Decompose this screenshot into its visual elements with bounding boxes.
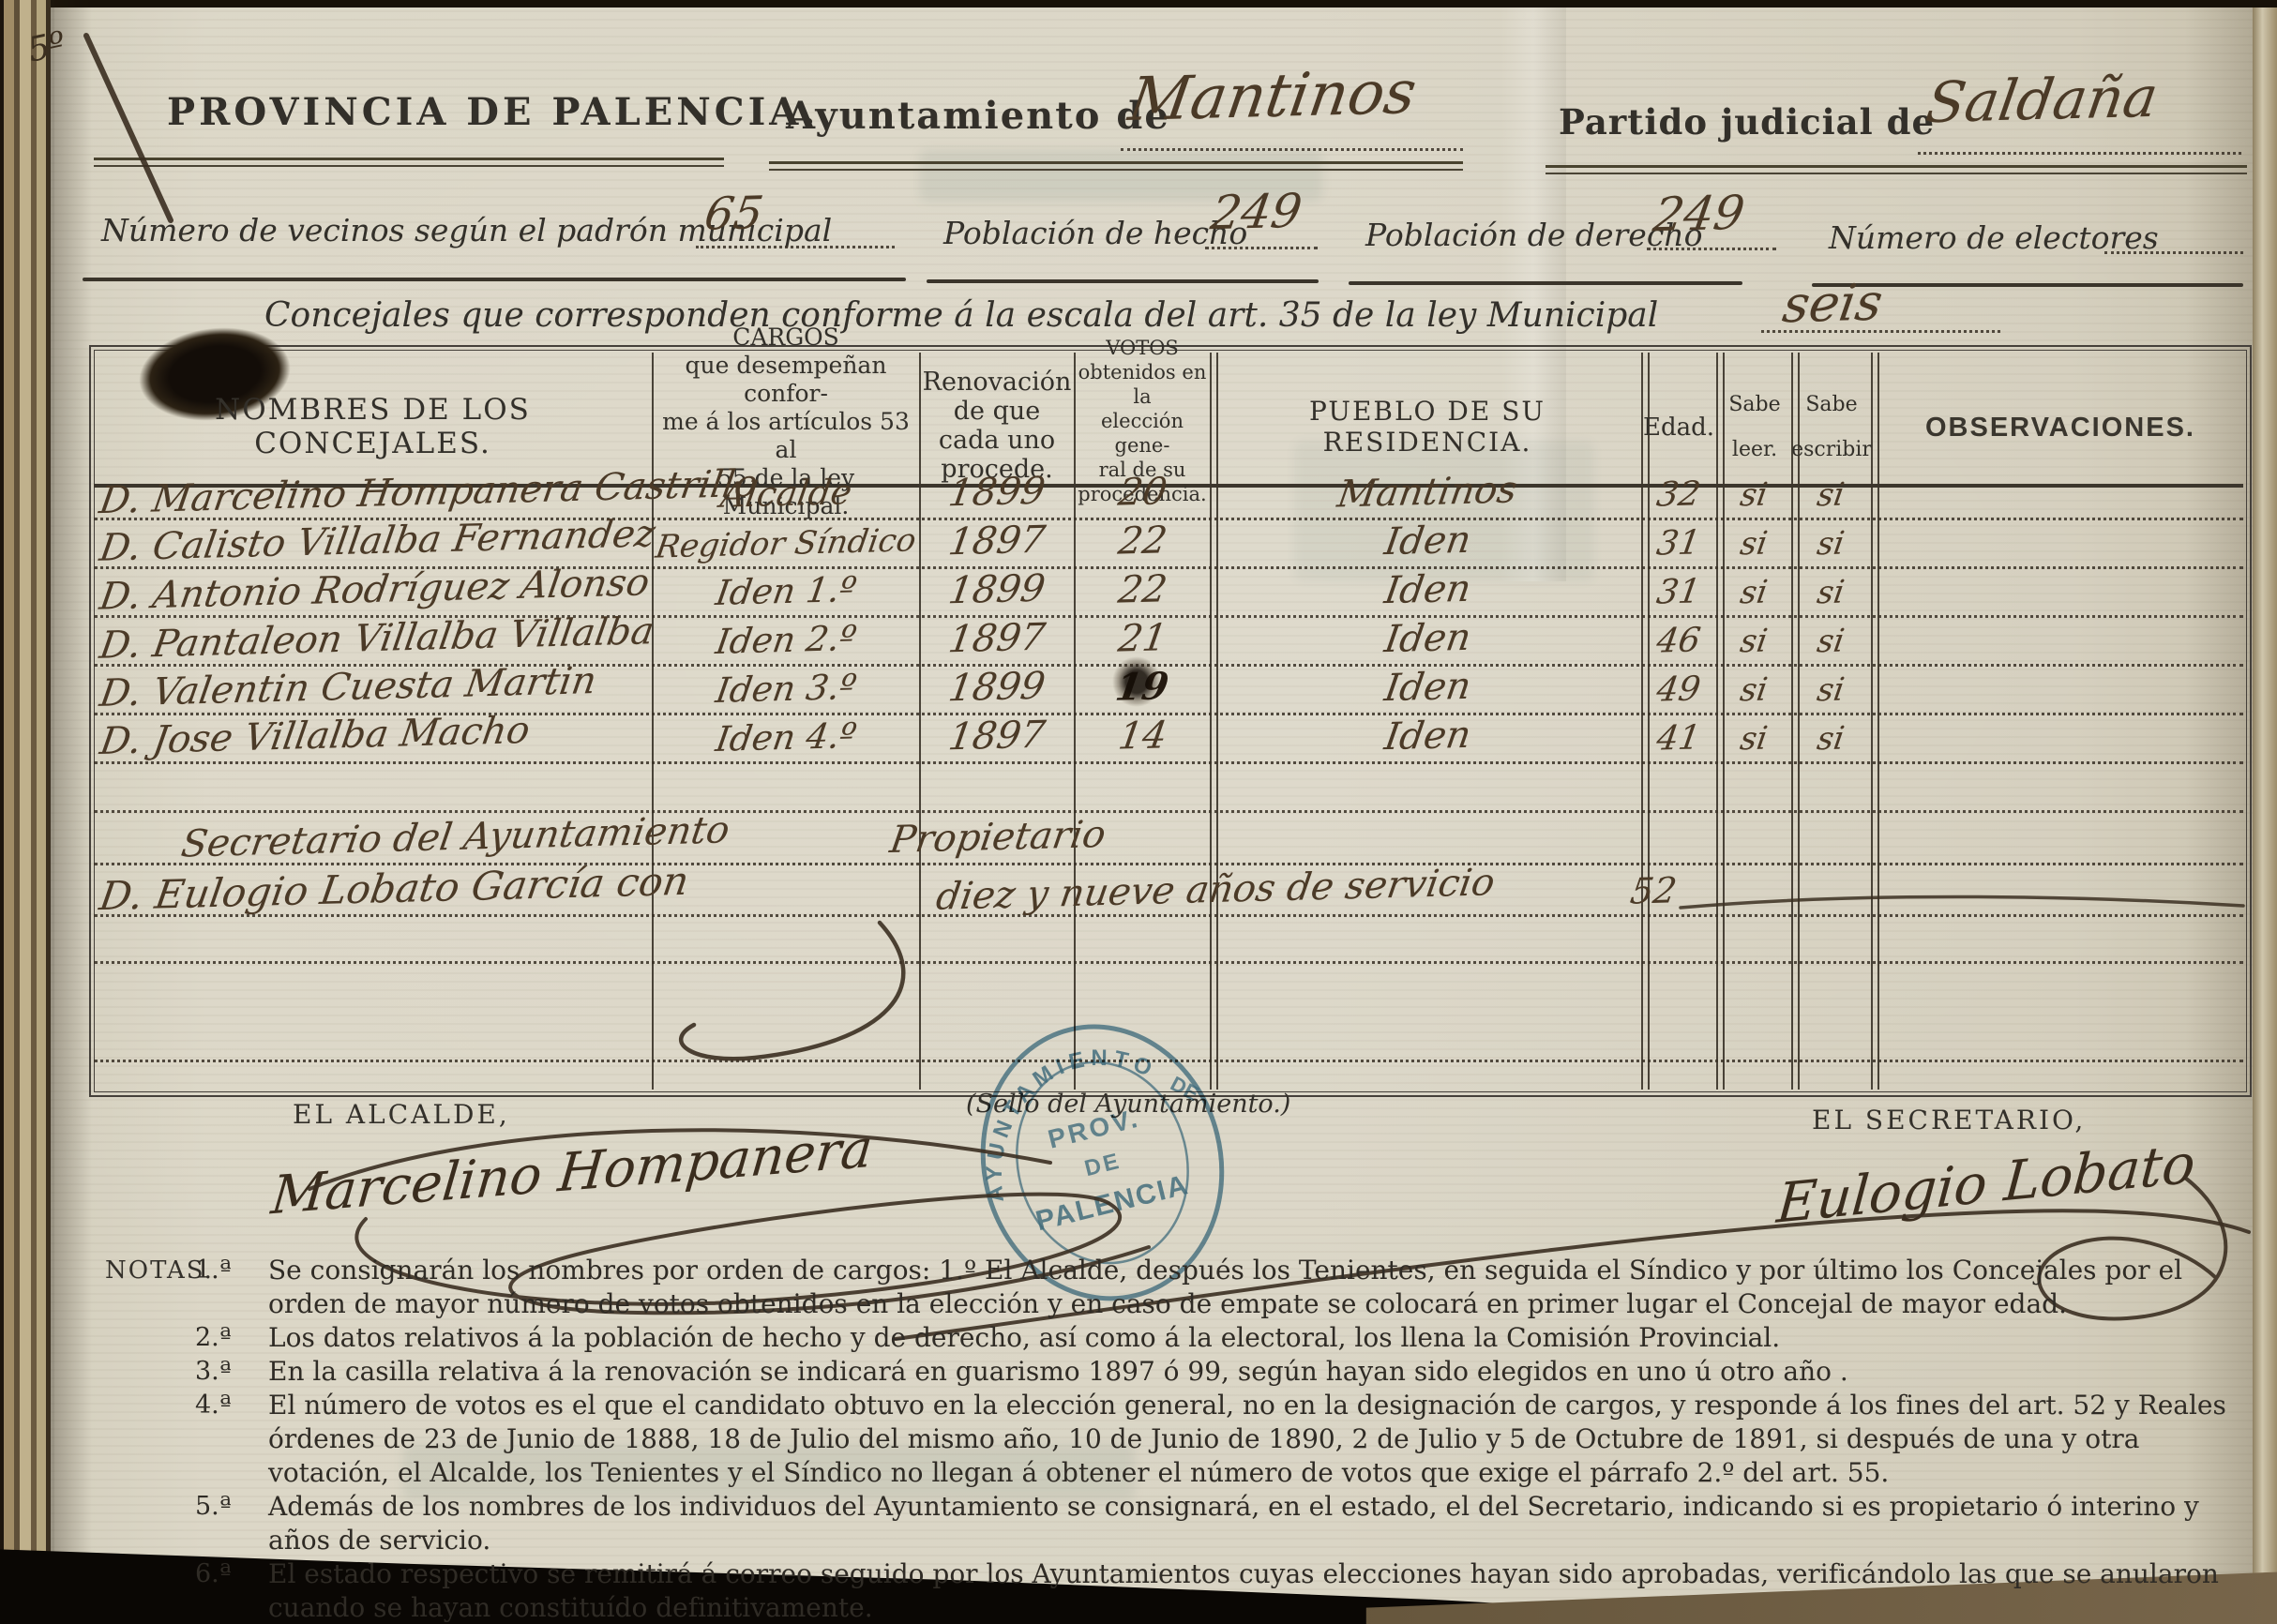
row-pueblo-cell: Mantinos — [1215, 469, 1639, 514]
edad-value: 31 — [1654, 523, 1703, 563]
col-header-edad: Edad. — [1641, 407, 1716, 448]
sabe-leer-value: si — [1738, 476, 1770, 515]
sabe-leer-value: si — [1738, 574, 1770, 612]
ayuntamiento-label: Ayuntamiento de — [786, 94, 1170, 138]
dotted-rule — [94, 914, 2243, 917]
nota-text: El número de votos es el que el candidat… — [268, 1389, 2243, 1490]
pueblo-value: Iden — [1381, 519, 1473, 564]
row-edad-cell: 32 — [1643, 469, 1714, 514]
stamp-center-line3: PALENCIA — [1033, 1169, 1192, 1237]
votos-value: 14 — [1115, 714, 1169, 758]
escala-label: Concejales que corresponden conforme á l… — [264, 296, 1658, 335]
partido-value-text: Saldaña — [1922, 65, 2162, 136]
row-escribir-cell: si — [1793, 615, 1868, 660]
row-votos-cell: 22 — [1077, 518, 1208, 563]
alcalde-label: EL ALCALDE, — [293, 1099, 510, 1130]
councilor-name: D. Antonio Rodríguez Alonso — [97, 561, 652, 618]
pueblo-value: Iden — [1381, 714, 1473, 759]
row-votos-cell: 14 — [1077, 713, 1208, 758]
renovacion-value: 1899 — [945, 470, 1048, 516]
corner-mark: 5º — [24, 24, 68, 69]
stamp-ring-de: DE — [1167, 1072, 1203, 1105]
vecinos-value-text: 65 — [701, 187, 767, 241]
row-votos-cell: 21 — [1077, 615, 1208, 660]
secretary-status: Propietario — [891, 814, 1200, 859]
left-torn-edges — [0, 0, 54, 1624]
nota-text: El estado respectivo se remitirá á corre… — [268, 1557, 2243, 1624]
hecho-value: 249 — [1212, 185, 1301, 239]
province-title: PROVINCIA DE PALENCIA. — [167, 90, 819, 134]
row-name-cell: D. Valentin Cuesta Martin — [101, 664, 645, 709]
renovacion-value: 1899 — [945, 665, 1048, 711]
row-leer-cell: si — [1718, 615, 1789, 660]
row-cargo-cell: Iden 4.º — [656, 713, 915, 758]
row-renovacion-cell: 1897 — [922, 518, 1072, 563]
pueblo-value: Mantinos — [1335, 469, 1520, 517]
cargo-value: Alcalde — [717, 472, 854, 516]
right-page-edge — [2253, 0, 2277, 1624]
edad-value: 41 — [1654, 718, 1703, 758]
notas-list: 1.ª Se consignarán los nombres por orden… — [195, 1254, 2243, 1624]
ink-smudge — [1112, 656, 1161, 707]
sabe-escribir-value: si — [1815, 720, 1847, 759]
row-leer-cell: si — [1718, 713, 1789, 758]
renovacion-value: 1899 — [945, 567, 1048, 613]
dotted-rule — [94, 810, 2243, 813]
row-leer-cell: si — [1718, 469, 1789, 514]
rule — [94, 158, 724, 167]
row-escribir-cell: si — [1793, 518, 1868, 563]
sabe-escribir-value: si — [1815, 623, 1847, 661]
nota-item: 4.ª El número de votos es el que el cand… — [195, 1389, 2243, 1490]
row-renovacion-cell: 1899 — [922, 469, 1072, 514]
sabe-leer-value: si — [1738, 671, 1770, 710]
row-leer-cell: si — [1718, 664, 1789, 709]
row-escribir-cell: si — [1793, 469, 1868, 514]
vecinos-value: 65 — [705, 188, 762, 240]
rule — [83, 278, 906, 281]
ayuntamiento-value-text: Mantinos — [1124, 58, 1421, 135]
column-rule — [1877, 353, 1879, 1090]
edad-value: 49 — [1654, 669, 1703, 709]
row-escribir-cell: si — [1793, 566, 1868, 611]
cargo-value: Iden 1.º — [713, 569, 859, 613]
dotted-rule — [1918, 152, 2241, 155]
cargo-value: Iden 4.º — [713, 715, 859, 759]
col-header-observaciones: OBSERVACIONES. — [1877, 405, 2243, 450]
rule — [1546, 165, 2247, 174]
row-leer-cell: si — [1718, 566, 1789, 611]
sabe-leer-value: si — [1738, 623, 1770, 661]
row-cargo-cell: Regidor Síndico — [656, 518, 915, 563]
row-renovacion-cell: 1899 — [922, 664, 1072, 709]
votos-value: 22 — [1115, 567, 1169, 611]
secretary-name-text: D. Eulogio Lobato García con — [97, 858, 692, 919]
dotted-rule — [1205, 247, 1318, 249]
nota-item: 5.ª Además de los nombres de los individ… — [195, 1490, 2243, 1557]
rule — [1349, 281, 1742, 285]
row-leer-cell: si — [1718, 518, 1789, 563]
rule — [927, 279, 1319, 283]
secretary-title-text: Secretario del Ayuntamiento — [178, 808, 732, 865]
dotted-rule — [94, 961, 2243, 964]
dotted-rule — [2104, 251, 2243, 254]
row-name-cell: D. Pantaleon Villalba Villalba — [101, 615, 645, 660]
column-rule — [919, 353, 921, 1090]
row-name-cell: D. Marcelino Hompanera Castrillo — [101, 469, 645, 514]
row-pueblo-cell: Iden — [1215, 713, 1639, 758]
column-rule — [652, 353, 654, 1090]
partido-label: Partido judicial de — [1559, 101, 1935, 143]
col-header-cargos: CARGOS que desempeñan confor- me á los a… — [656, 364, 915, 480]
row-pueblo-cell: Iden — [1215, 566, 1639, 611]
sabe-leer-value: si — [1738, 525, 1770, 564]
col-header-sabe-leer: Sabe leer. — [1718, 383, 1791, 473]
row-edad-cell: 41 — [1643, 713, 1714, 758]
votos-value: 21 — [1115, 616, 1169, 660]
secretary-service: diez y nueve años de servicio — [938, 865, 1632, 911]
hecho-value-text: 249 — [1207, 184, 1305, 240]
nota-text: En la casilla relativa á la renovación s… — [268, 1355, 2243, 1389]
cargo-value: Iden 2.º — [713, 618, 859, 662]
row-renovacion-cell: 1899 — [922, 566, 1072, 611]
councilor-name: D. Pantaleon Villalba Villalba — [97, 609, 656, 667]
row-cargo-cell: Alcalde — [656, 469, 915, 514]
row-name-cell: D. Jose Villalba Macho — [101, 713, 645, 758]
councilor-name: D. Valentin Cuesta Martin — [97, 659, 599, 715]
col-header-votos: VOTOS obtenidos en la elección gene- ral… — [1077, 358, 1208, 484]
escala-value: seis — [1784, 274, 1882, 333]
partido-value: Saldaña — [1927, 68, 2157, 133]
nota-number: 4.ª — [195, 1389, 268, 1490]
secretary-edad-text: 52 — [1627, 869, 1679, 911]
cargo-value: Iden 3.º — [713, 667, 859, 711]
row-edad-cell: 49 — [1643, 664, 1714, 709]
row-edad-cell: 31 — [1643, 566, 1714, 611]
nota-number: 2.ª — [195, 1321, 268, 1355]
votos-value: 20 — [1115, 470, 1169, 514]
secretario-label: EL SECRETARIO, — [1812, 1105, 2086, 1135]
nota-item: 1.ª Se consignarán los nombres por orden… — [195, 1254, 2243, 1321]
dotted-rule — [94, 761, 2243, 764]
edad-value: 31 — [1654, 572, 1703, 611]
row-name-cell: D. Calisto Villalba Fernandez — [101, 518, 645, 563]
row-escribir-cell: si — [1793, 713, 1868, 758]
row-votos-cell: 22 — [1077, 566, 1208, 611]
councilor-name: D. Calisto Villalba Fernandez — [97, 512, 657, 569]
stamp-center-line2: DE — [1082, 1149, 1124, 1182]
pueblo-value: Iden — [1381, 567, 1473, 612]
nota-number: 6.ª — [195, 1557, 268, 1624]
sabe-escribir-value: si — [1815, 574, 1847, 612]
nota-number: 1.ª — [195, 1254, 268, 1321]
renovacion-value: 1897 — [945, 714, 1048, 759]
stamp-center-line1: PROV. — [1045, 1103, 1142, 1153]
row-pueblo-cell: Iden — [1215, 615, 1639, 660]
secretary-edad: 52 — [1611, 865, 1696, 911]
col-header-sabe-escribir: Sabe escribir — [1793, 383, 1870, 473]
edad-value: 46 — [1654, 621, 1703, 660]
ayuntamiento-value: Mantinos — [1130, 62, 1415, 131]
nota-text: Los datos relativos á la población de he… — [268, 1321, 2243, 1355]
sabe-escribir-value: si — [1815, 476, 1847, 515]
row-renovacion-cell: 1897 — [922, 713, 1072, 758]
nota-item: 3.ª En la casilla relativa á la renovaci… — [195, 1355, 2243, 1389]
row-pueblo-cell: Iden — [1215, 664, 1639, 709]
row-pueblo-cell: Iden — [1215, 518, 1639, 563]
row-cargo-cell: Iden 1.º — [656, 566, 915, 611]
scanned-document-page: 5º PROVINCIA DE PALENCIA. Ayuntamiento d… — [0, 0, 2277, 1624]
row-escribir-cell: si — [1793, 664, 1868, 709]
row-votos-cell: 20 — [1077, 469, 1208, 514]
col-header-pueblo: PUEBLO DE SU RESIDENCIA. — [1215, 401, 1639, 452]
edad-value: 32 — [1654, 474, 1703, 514]
rule — [769, 161, 1463, 171]
secretary-service-text: diez y nueve años de servicio — [933, 861, 1498, 918]
sabe-escribir-value: si — [1815, 525, 1847, 564]
nota-item: 2.ª Los datos relativos á la población d… — [195, 1321, 2243, 1355]
row-edad-cell: 46 — [1643, 615, 1714, 660]
dotted-rule — [696, 246, 895, 248]
row-edad-cell: 31 — [1643, 518, 1714, 563]
row-name-cell: D. Antonio Rodríguez Alonso — [101, 566, 645, 611]
left-edge-shadow — [54, 0, 92, 1624]
renovacion-value: 1897 — [945, 519, 1048, 564]
column-rule — [1074, 353, 1076, 1090]
top-scan-edge — [0, 0, 2277, 8]
col-header-renovacion: Renovación de que cada uno procede. — [922, 368, 1072, 484]
row-cargo-cell: Iden 3.º — [656, 664, 915, 709]
nota-number: 3.ª — [195, 1355, 268, 1389]
pueblo-value: Iden — [1381, 616, 1473, 661]
cargo-value: Regidor Síndico — [653, 521, 918, 565]
derecho-value: 249 — [1654, 187, 1743, 241]
col-header-nombres: NOMBRES DE LOS CONCEJALES. — [94, 398, 652, 455]
votos-value: 22 — [1115, 519, 1169, 563]
renovacion-value: 1897 — [945, 616, 1048, 662]
dotted-rule — [1647, 248, 1776, 250]
column-rule — [1210, 353, 1212, 1090]
sabe-escribir-value: si — [1815, 671, 1847, 710]
derecho-value-text: 249 — [1650, 186, 1748, 242]
row-cargo-cell: Iden 2.º — [656, 615, 915, 660]
dotted-rule — [1121, 148, 1463, 151]
nota-number: 5.ª — [195, 1490, 268, 1557]
secretary-name: D. Eulogio Lobato García con — [101, 865, 898, 911]
secretary-status-text: Propietario — [887, 813, 1108, 862]
nota-text: Se consignarán los nombres por orden de … — [268, 1254, 2243, 1321]
hecho-label: Población de hecho — [943, 215, 1247, 251]
councilor-name: D. Jose Villalba Macho — [98, 709, 533, 763]
row-renovacion-cell: 1897 — [922, 615, 1072, 660]
nota-text: Además de los nombres de los individuos … — [268, 1490, 2243, 1557]
sabe-leer-value: si — [1738, 720, 1770, 759]
secretary-title: Secretario del Ayuntamiento — [183, 814, 839, 859]
escala-value-text: seis — [1779, 273, 1887, 335]
pueblo-value: Iden — [1381, 665, 1473, 710]
nota-item: 6.ª El estado respectivo se remitirá á c… — [195, 1557, 2243, 1624]
